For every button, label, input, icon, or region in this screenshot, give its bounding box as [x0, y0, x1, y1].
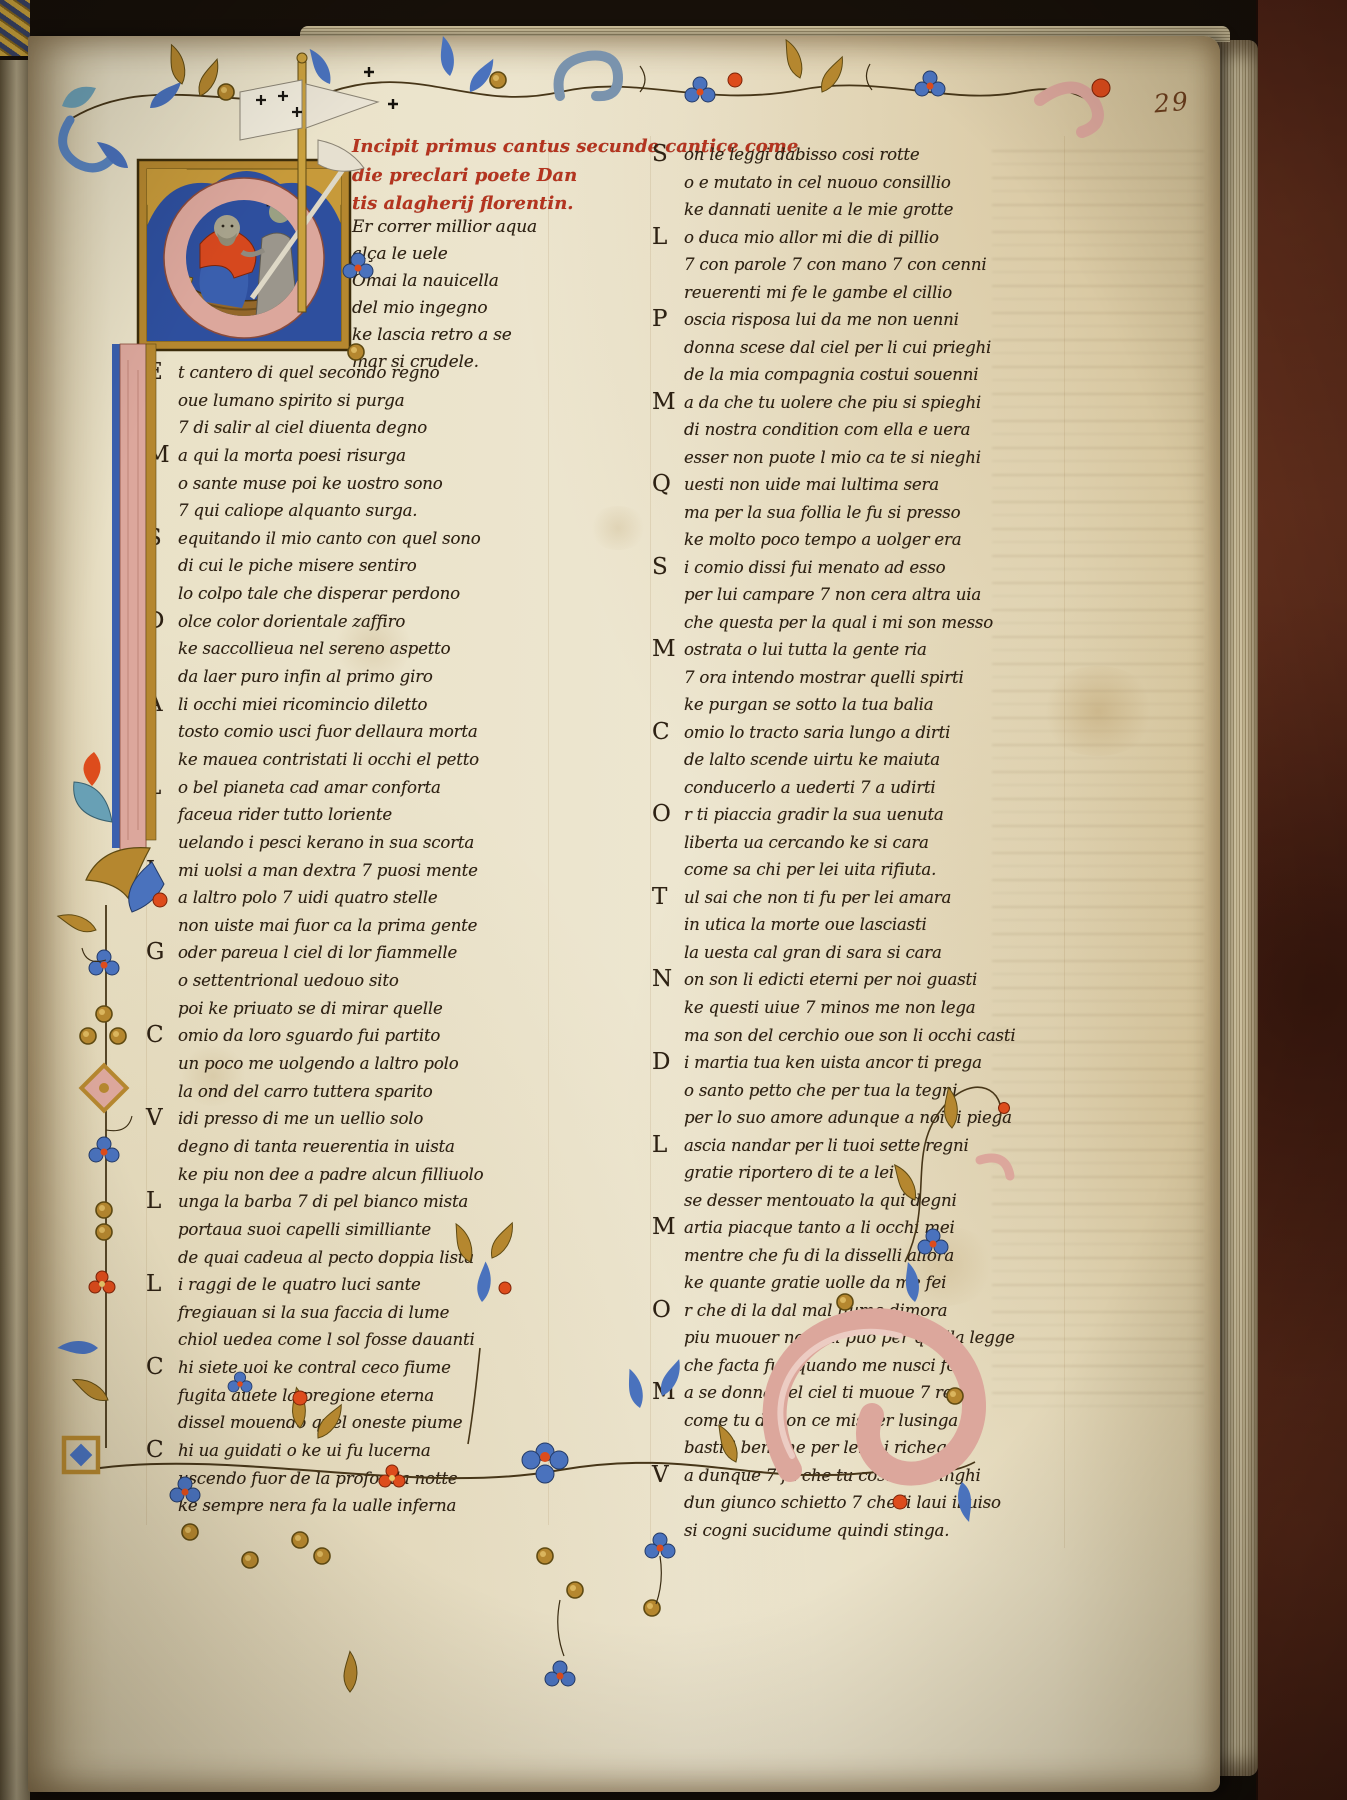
verse-line: portaua suoi capelli similliante: [146, 1216, 483, 1244]
verse-line: ke mauea contristati li occhi el petto: [146, 746, 483, 774]
verse-line: Son le leggi dabisso cosi rotte: [652, 141, 1015, 169]
verse-line: ke purgan se sotto la tua balia: [652, 691, 1015, 719]
verse-line: Vidi presso di me un uellio solo: [146, 1105, 483, 1133]
verse-line: degno di tanta reuerentia in uista: [146, 1133, 483, 1161]
verse-line: per lui campare 7 non cera altra uia: [652, 581, 1015, 609]
verse-line: Comio da loro sguardo fui partito: [146, 1022, 483, 1050]
verse-line: Omai la nauicella: [352, 268, 537, 295]
verse-line: uelando i pesci kerano in sua scorta: [146, 829, 483, 857]
folio-number: 29: [1153, 86, 1191, 118]
right-verse-column: Son le leggi dabisso cosi rotteo e mutat…: [652, 141, 1015, 1544]
verse-line: Lo bel pianeta cad amar conforta: [146, 774, 483, 802]
tercet-initial: L: [652, 1132, 684, 1160]
ruling-line: [650, 136, 651, 1548]
verse-line: Di martia tua ken uista ancor ti prega: [652, 1049, 1015, 1077]
endband: [0, 0, 30, 56]
verse-line: de quai cadeua al pecto doppia lista: [146, 1244, 483, 1272]
verse-line: Comio lo tracto saria lungo a dirti: [652, 719, 1015, 747]
verse-line: ke saccollieua nel sereno aspetto: [146, 635, 483, 663]
tercet-initial: S: [652, 554, 684, 582]
verse-line: lo colpo tale che disperar perdono: [146, 580, 483, 608]
verse-line: che facta fue quando me nusci fora: [652, 1352, 1015, 1380]
verse-line: Li raggi de le quatro luci sante: [146, 1271, 483, 1299]
verse-line: ke quante gratie uolle da me fei: [652, 1269, 1015, 1297]
ruling-line: [548, 140, 549, 1525]
verse-line: la ond del carro tuttera sparito: [146, 1078, 483, 1106]
tercet-initial: D: [652, 1049, 684, 1077]
verse-line: ke molto poco tempo a uolger era: [652, 526, 1015, 554]
verse-line: la uesta cal gran di sara si cara: [652, 939, 1015, 967]
verse-line: Non son li edicti eterni per noi guasti: [652, 966, 1015, 994]
tercet-initial: C: [652, 719, 684, 747]
verse-line: mentre che fu di la disselli allora: [652, 1242, 1015, 1270]
verse-line: Mostrata o lui tutta la gente ria: [652, 636, 1015, 664]
verse-line: Chi siete uoi ke contral ceco fiume: [146, 1354, 483, 1382]
opening-verses: Er correr millior aquaalça le ueleOmai l…: [352, 214, 537, 376]
verse-line: o settentrional uedouo sito: [146, 967, 483, 995]
verse-line: a laltro polo 7 uidi quatro stelle: [146, 884, 483, 912]
verse-line: ke piu non dee a padre alcun filliuolo: [146, 1161, 483, 1189]
ruling-line: [1064, 136, 1065, 1548]
tercet-initial: M: [652, 636, 684, 664]
verse-line: ke lascia retro a se: [352, 322, 537, 349]
verse-line: esser non puote l mio ca te si nieghi: [652, 444, 1015, 472]
verse-line: Chi ua guidati o ke ui fu lucerna: [146, 1437, 483, 1465]
verse-line: Or ti piaccia gradir la sua uenuta: [652, 801, 1015, 829]
verse-line: Lunga la barba 7 di pel bianco mista: [146, 1188, 483, 1216]
verse-line: Si comio dissi fui menato ad esso: [652, 554, 1015, 582]
verse-line: 7 ora intendo mostrar quelli spirti: [652, 664, 1015, 692]
verse-line: ma per la sua follia le fu si presso: [652, 499, 1015, 527]
tercet-initial: M: [146, 442, 178, 470]
verse-line: dissel mouendo quel oneste piume: [146, 1409, 483, 1437]
tercet-initial: A: [146, 691, 178, 719]
verse-line: Goder pareua l ciel di lor fiammelle: [146, 939, 483, 967]
verse-line: da laer puro infin al primo giro: [146, 663, 483, 691]
tercet-initial: L: [146, 1271, 178, 1299]
tercet-initial: T: [652, 884, 684, 912]
verse-line: 7 qui caliope alquanto surga.: [146, 497, 483, 525]
tercet-initial: G: [146, 939, 178, 967]
verse-line: Et cantero di quel secondo regno: [146, 359, 483, 387]
tercet-initial: V: [652, 1462, 684, 1490]
tercet-initial: Q: [652, 471, 684, 499]
verse-line: Questi non uide mai lultima sera: [652, 471, 1015, 499]
tercet-initial: L: [652, 224, 684, 252]
verse-line: un poco me uolgendo a laltro polo: [146, 1050, 483, 1078]
parchment-stain: [588, 506, 648, 550]
verse-line: ke questi uiue 7 minos me non lega: [652, 994, 1015, 1022]
tercet-initial: O: [652, 801, 684, 829]
tercet-initial: I: [146, 857, 178, 885]
verse-line: A li occhi miei ricomincio diletto: [146, 691, 483, 719]
verse-line: poi ke priuato se di mirar quelle: [146, 995, 483, 1023]
verse-line: in utica la morte oue lasciasti: [652, 911, 1015, 939]
tercet-initial: C: [146, 1022, 178, 1050]
left-verse-column: Et cantero di quel secondo regnooue luma…: [146, 359, 483, 1520]
verse-line: ma son del cerchio oue son li occhi cast…: [652, 1022, 1015, 1050]
verse-line: o e mutato in cel nuouo consillio: [652, 169, 1015, 197]
verse-line: Tul sai che non ti fu per lei amara: [652, 884, 1015, 912]
verse-line: conducerlo a uederti 7 a udirti: [652, 774, 1015, 802]
verse-line: uscendo fuor de la profonda notte: [146, 1465, 483, 1493]
tercet-initial: D: [146, 608, 178, 636]
tercet-initial: C: [146, 1354, 178, 1382]
verse-line: faceua rider tutto loriente: [146, 801, 483, 829]
verse-line: chiol uedea come l sol fosse dauanti: [146, 1326, 483, 1354]
verse-line: che questa per la qual i mi son messo: [652, 609, 1015, 637]
verse-line: Martia piacque tanto a li occhi mei: [652, 1214, 1015, 1242]
tercet-initial: V: [146, 1105, 178, 1133]
verse-line: Ma qui la morta poesi risurga: [146, 442, 483, 470]
tercet-initial: L: [146, 774, 178, 802]
verse-line: Ma se donna del ciel ti muoue 7 rege: [652, 1379, 1015, 1407]
page-stack-edge: [1216, 40, 1258, 1776]
tercet-initial: M: [652, 389, 684, 417]
verse-line: di nostra condition com ella e uera: [652, 416, 1015, 444]
verse-line: Lo duca mio allor mi die di pillio: [652, 224, 1015, 252]
verse-line: bastiti ben che per lei mi richegge: [652, 1434, 1015, 1462]
verse-line: 7 di salir al ciel diuenta degno: [146, 414, 483, 442]
verse-line: del mio ingegno: [352, 295, 537, 322]
tercet-initial: S: [146, 525, 178, 553]
verse-line: I mi uolsi a man dextra 7 puosi mente: [146, 857, 483, 885]
verse-line: alça le uele: [352, 241, 537, 268]
verse-line: 7 con parole 7 con mano 7 con cenni: [652, 251, 1015, 279]
verse-line: liberta ua cercando ke si cara: [652, 829, 1015, 857]
verse-line: come sa chi per lei uita rifiuta.: [652, 856, 1015, 884]
verse-line: donna scese dal ciel per li cui prieghi: [652, 334, 1015, 362]
verse-line: Or che di la dal mal fiume dimora: [652, 1297, 1015, 1325]
verse-line: Dolce color dorientale zaffiro: [146, 608, 483, 636]
verse-line: si cogni sucidume quindi stinga.: [652, 1517, 1015, 1545]
verse-line: fregiauan si la sua faccia di lume: [146, 1299, 483, 1327]
tercet-initial: S: [652, 141, 684, 169]
verse-line: ke sempre nera fa la ualle inferna: [146, 1492, 483, 1520]
verse-line: fugita auete la pregione eterna: [146, 1382, 483, 1410]
tercet-initial: O: [652, 1297, 684, 1325]
tercet-initial: N: [652, 966, 684, 994]
tercet-initial: M: [652, 1379, 684, 1407]
manuscript-photo: Incipit primus cantus secunde cantice co…: [0, 0, 1347, 1800]
leather-binding: [1256, 0, 1347, 1800]
verse-line: o sante muse poi ke uostro sono: [146, 470, 483, 498]
tercet-initial: M: [652, 1214, 684, 1242]
verse-line: oue lumano spirito si purga: [146, 387, 483, 415]
verse-line: de la mia compagnia costui souenni: [652, 361, 1015, 389]
verse-line: Ma da che tu uolere che piu si spieghi: [652, 389, 1015, 417]
verse-line: gratie riportero di te a lei: [652, 1159, 1015, 1187]
verse-line: Lascia nandar per li tuoi sette regni: [652, 1132, 1015, 1160]
verse-line: di cui le piche misere sentiro: [146, 552, 483, 580]
verse-line: Er correr millior aqua: [352, 214, 537, 241]
verse-line: ke dannati uenite a le mie grotte: [652, 196, 1015, 224]
verse-line: tosto comio usci fuor dellaura morta: [146, 718, 483, 746]
verse-line: reuerenti mi fe le gambe el cillio: [652, 279, 1015, 307]
verse-line: Va dunque 7 fa che tu costui recinghi: [652, 1462, 1015, 1490]
verse-line: per lo suo amore adunque a noi ti piega: [652, 1104, 1015, 1132]
verse-line: Sequitando il mio canto con quel sono: [146, 525, 483, 553]
verse-line: dun giunco schietto 7 che li laui il uis…: [652, 1489, 1015, 1517]
verse-line: se desser mentouato la qui degni: [652, 1187, 1015, 1215]
verse-line: o santo petto che per tua la tegni: [652, 1077, 1015, 1105]
verse-line: piu muouer non mi puo per quella legge: [652, 1324, 1015, 1352]
tercet-initial: P: [652, 306, 684, 334]
verse-line: come tu di non ce mistier lusinga: [652, 1407, 1015, 1435]
verse-line: Poscia risposa lui da me non uenni: [652, 306, 1015, 334]
tercet-initial: E: [146, 359, 178, 387]
underlying-page-edge: [0, 60, 30, 1800]
verse-line: non uiste mai fuor ca la prima gente: [146, 912, 483, 940]
ink-bleedthrough: [992, 150, 1204, 1410]
verse-line: de lalto scende uirtu ke maiuta: [652, 746, 1015, 774]
tercet-initial: C: [146, 1437, 178, 1465]
tercet-initial: L: [146, 1188, 178, 1216]
